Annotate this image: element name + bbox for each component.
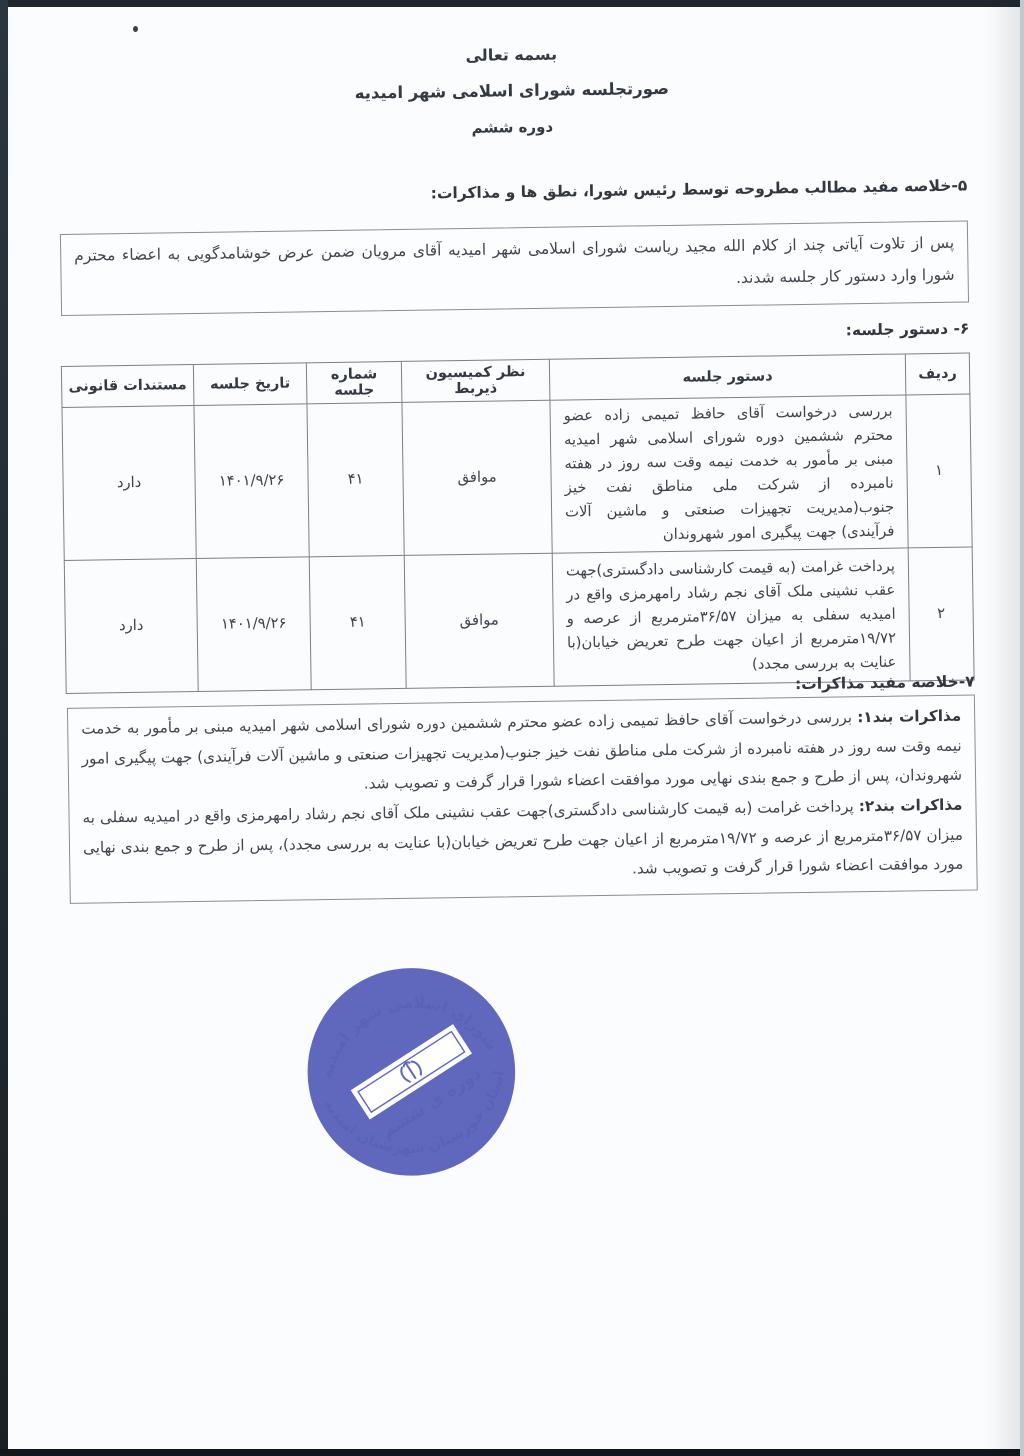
bismillah-line: بسمه تعالی	[57, 39, 965, 71]
scanned-page: { "doc": { "header": { "bismillah": "بسم…	[0, 0, 1024, 1456]
session-no-cell: ۴۱	[309, 555, 406, 689]
legal-docs-cell: دارد	[62, 406, 196, 561]
ink-speck	[133, 26, 138, 32]
session-date-cell: ۱۴۰۱/۹/۲۶	[196, 557, 311, 692]
document-content: بسمه تعالی صورتجلسه شورای اسلامی شهر امی…	[57, 25, 985, 1418]
agenda-row-1: ۱ بررسی درخواست آقای حافظ تمیمی زاده عضو…	[62, 394, 972, 560]
row-no-cell: ۱	[906, 394, 972, 548]
scan-shadow	[986, 7, 1020, 1449]
agenda-text-cell: پرداخت غرامت (به قیمت کارشناسی دادگستری)…	[552, 548, 910, 686]
legal-docs-cell: دارد	[64, 558, 198, 693]
council-stamp-seal: شورای اسلامی شهر امیدیه استان خوزستان شه…	[303, 963, 520, 1180]
minutes-item-1-label: مذاکرات بند۱:	[857, 707, 961, 727]
section-5-heading: ۵-خلاصه مفید مطالب مطروحه توسط رئیس شورا…	[59, 177, 967, 208]
col-header-session-date: تاریخ جلسه	[193, 363, 307, 406]
agenda-text-cell: بررسی درخواست آقای حافظ تمیمی زاده عضو م…	[550, 395, 908, 553]
scan-edge-top	[0, 0, 1024, 7]
scan-edge-left	[0, 0, 8, 1456]
section-6-heading: ۶- دستور جلسه:	[846, 319, 970, 339]
document-header: بسمه تعالی صورتجلسه شورای اسلامی شهر امی…	[57, 39, 966, 143]
row-no-cell: ۲	[908, 547, 974, 681]
section-7-body: مذاکرات بند۱: بررسی درخواست آقای حافظ تم…	[67, 694, 978, 903]
scan-edge-right	[1020, 0, 1024, 1456]
col-header-agenda: دستور جلسه	[549, 354, 906, 400]
session-no-cell: ۴۱	[307, 402, 404, 556]
agenda-row-2: ۲ پرداخت غرامت (به قیمت کارشناسی دادگستر…	[64, 547, 974, 693]
col-header-row-no: ردیف	[905, 353, 970, 395]
scan-edge-bottom	[0, 1449, 1024, 1456]
col-header-commission-opinion: نظر کمیسیون ذیربط	[401, 359, 550, 402]
col-header-session-no: شماره جلسه	[306, 361, 402, 403]
agenda-table: ردیف دستور جلسه نظر کمیسیون ذیربط شماره …	[61, 352, 975, 693]
col-header-legal-docs: مستندات قانونی	[61, 365, 194, 408]
section-5-body: پس از تلاوت آیاتی چند از کلام الله مجید …	[60, 221, 969, 316]
commission-opinion-cell: موافق	[404, 553, 554, 688]
council-stamp: شورای اسلامی شهر امیدیه استان خوزستان شه…	[303, 963, 520, 1180]
minutes-item-2-text: پرداخت غرامت (به قیمت کارشناسی دادگستری)…	[82, 797, 963, 878]
council-term: دوره ششم	[58, 112, 966, 143]
session-date-cell: ۱۴۰۱/۹/۲۶	[194, 404, 309, 558]
minutes-item-1-text: بررسی درخواست آقای حافظ تمیمی زاده عضو م…	[81, 708, 962, 793]
commission-opinion-cell: موافق	[402, 400, 552, 555]
minutes-item-2-label: مذاکرات بند۲:	[859, 796, 963, 816]
document-title: صورتجلسه شورای اسلامی شهر امیدیه	[58, 75, 966, 107]
